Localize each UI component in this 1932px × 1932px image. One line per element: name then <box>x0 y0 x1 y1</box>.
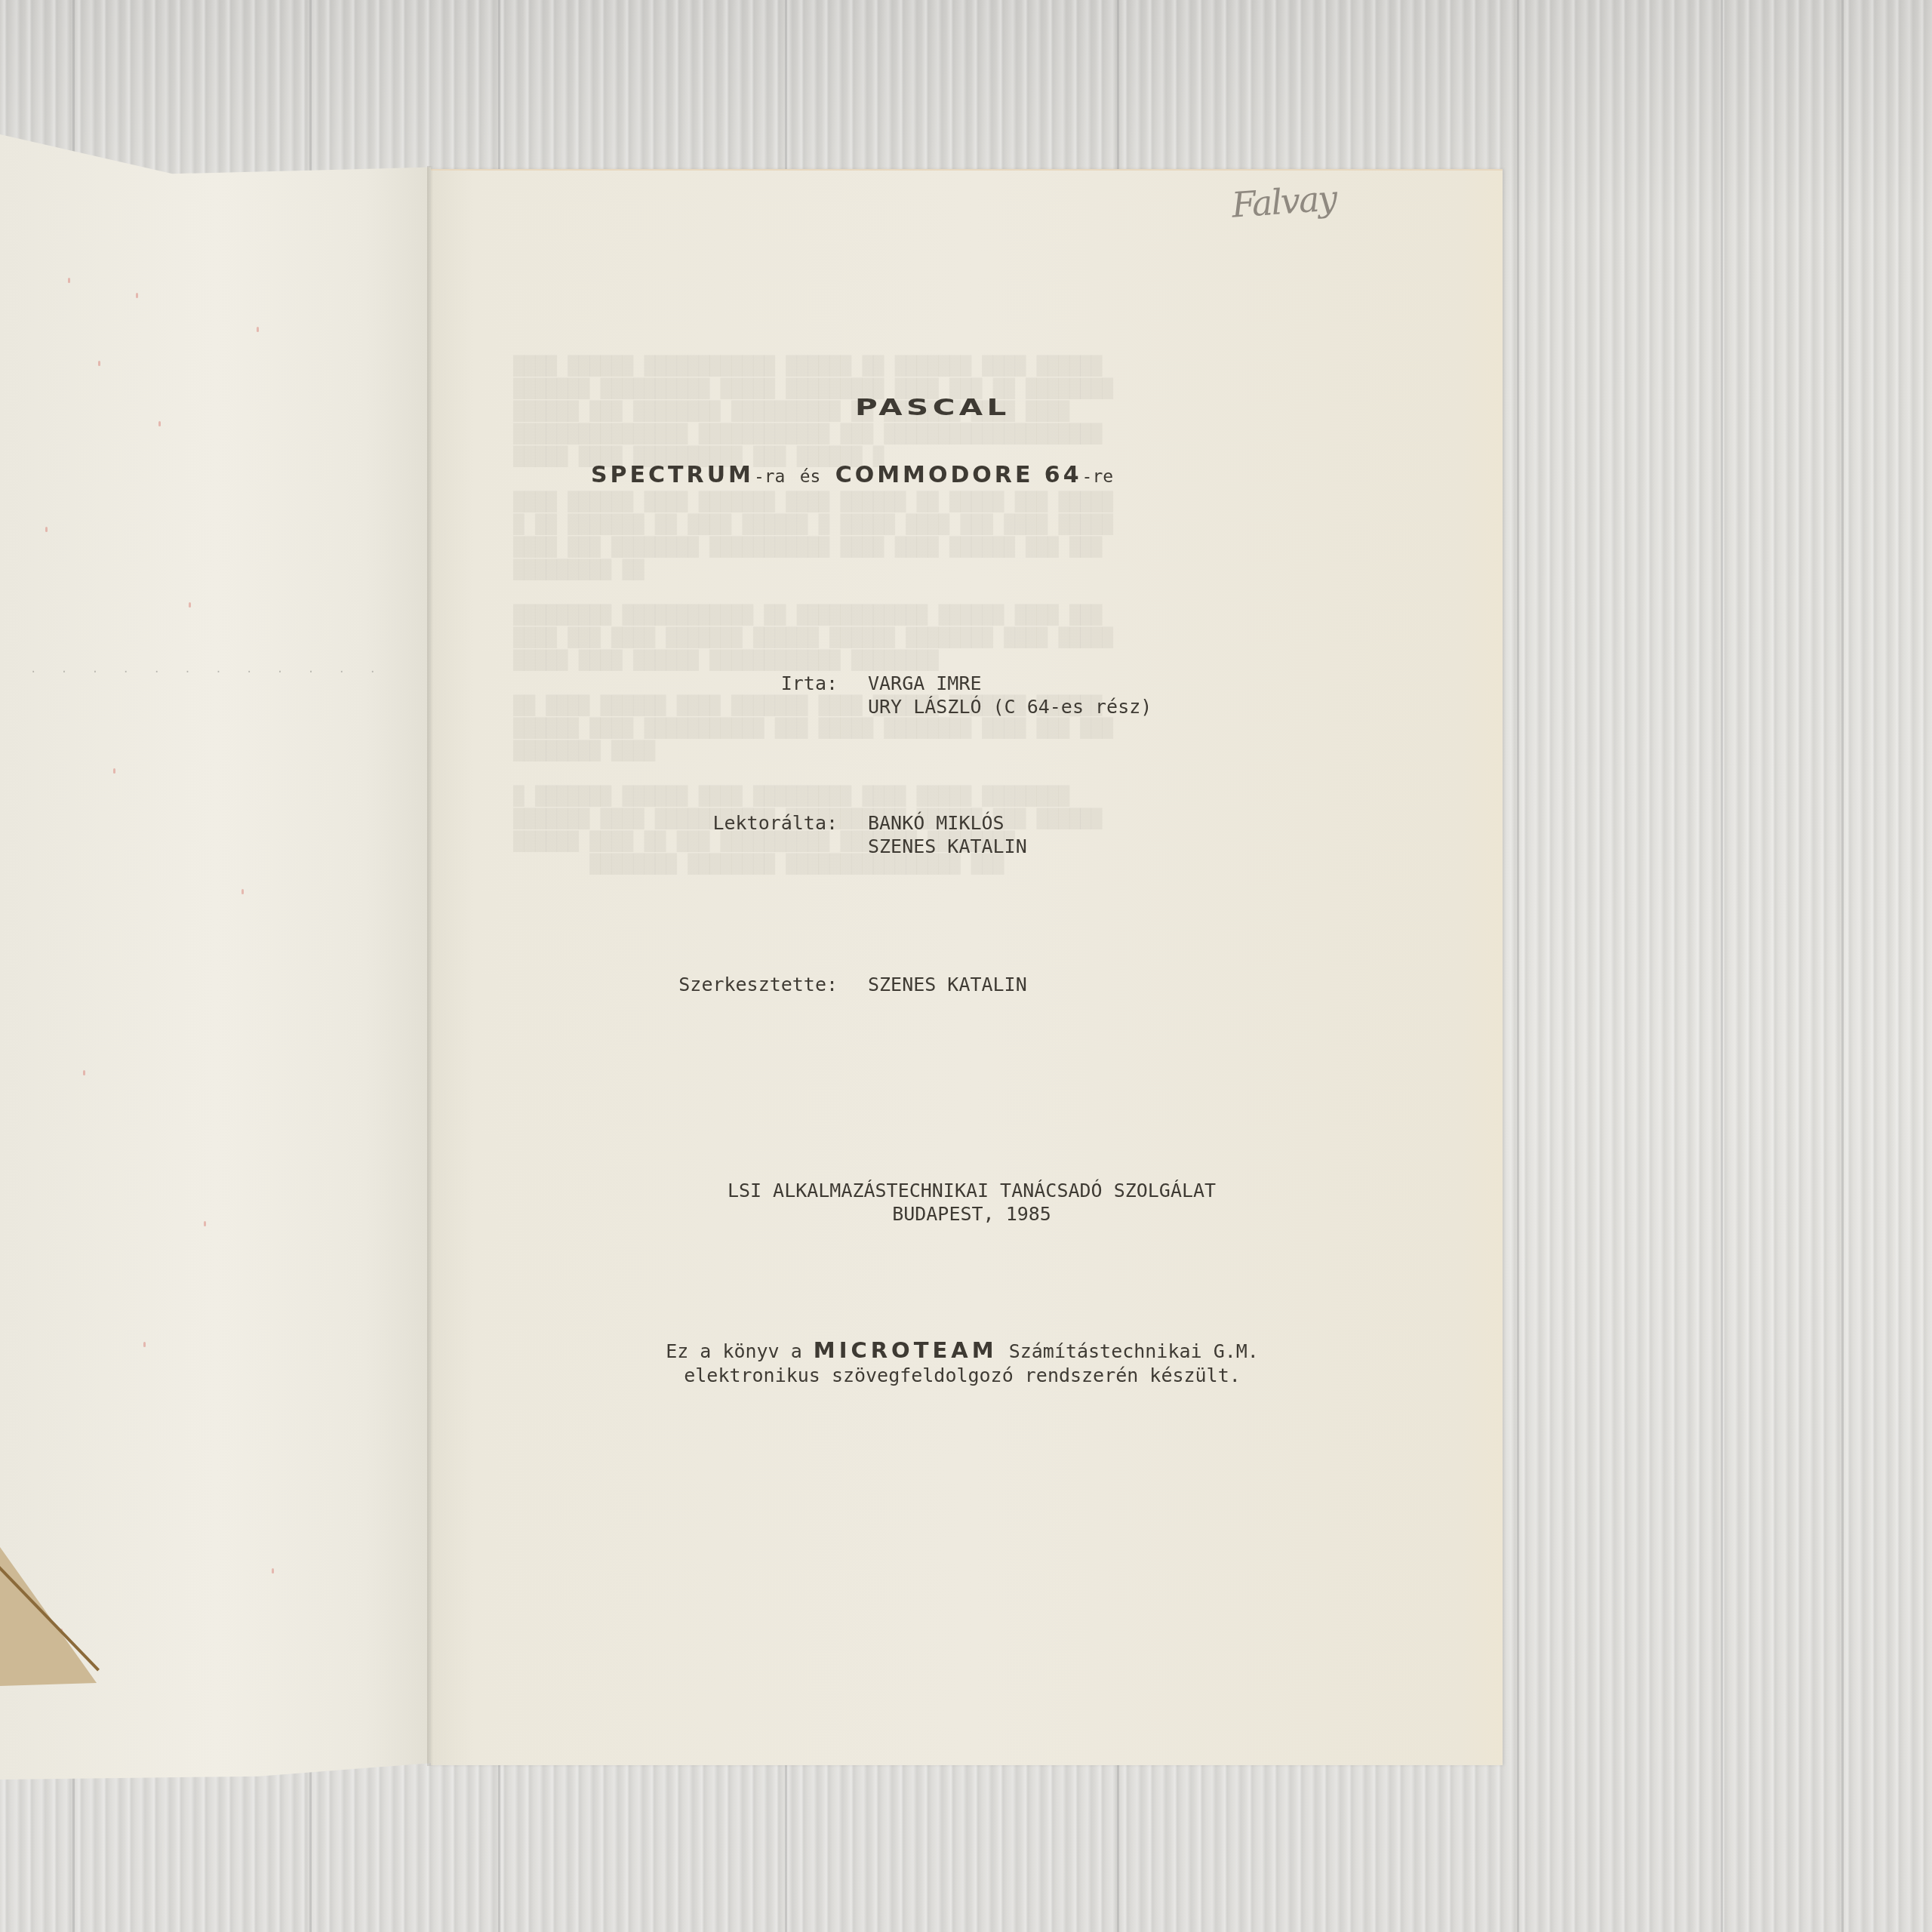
foxing-spot <box>98 361 100 366</box>
foxing-spot <box>45 527 48 532</box>
wood-plank-seam <box>1721 0 1723 1932</box>
foxing-spot <box>241 889 244 894</box>
foxing-spot <box>143 1342 146 1347</box>
left-page: · · · · · · · · · · · · <box>0 134 431 1780</box>
publisher-name: LSI ALKALMAZÁSTECHNIKAI TANÁCSADÓ SZOLGÁ… <box>604 1179 1340 1202</box>
credit-label-editor: Szerkesztette: <box>641 973 868 996</box>
reviewer-name: SZENES KATALIN <box>868 835 1027 858</box>
publisher-place-year: BUDAPEST, 1985 <box>604 1202 1340 1226</box>
subtitle-spectrum: SPECTRUM <box>591 462 754 488</box>
publisher-block: LSI ALKALMAZÁSTECHNIKAI TANÁCSADÓ SZOLGÁ… <box>604 1179 1340 1226</box>
foxing-spot <box>136 293 138 298</box>
reviewer-name: BANKÓ MIKLÓS <box>868 811 1027 835</box>
foxing-spot <box>272 1568 274 1574</box>
foxing-spot <box>113 768 115 774</box>
foxing-spot <box>68 278 70 283</box>
colophon-brand: MICROTEAM <box>814 1337 998 1363</box>
credits-reviewers: Lektorálta: BANKÓ MIKLÓS SZENES KATALIN <box>641 811 1321 858</box>
subtitle-commodore: COMMODORE 64 <box>835 462 1082 488</box>
book-subtitle: SPECTRUM-ra és COMMODORE 64-re <box>591 462 1113 488</box>
credit-label-reviewers: Lektorálta: <box>641 811 868 858</box>
wood-plank-seam <box>1517 0 1519 1932</box>
colophon: Ez a könyv a MICROTEAM Számítástechnikai… <box>581 1338 1343 1388</box>
book-spine <box>427 166 433 1766</box>
foxing-spot <box>257 327 259 332</box>
credit-label-authors: Irta: <box>641 672 868 718</box>
book-title: PASCAL <box>855 395 1011 421</box>
author-name: VARGA IMRE <box>868 672 1152 695</box>
credits-authors: Irta: VARGA IMRE URY LÁSZLÓ (C 64-es rés… <box>641 672 1321 718</box>
credits-editor: Szerkesztette: SZENES KATALIN <box>641 973 1321 996</box>
colophon-line2: elektronikus szövegfeldolgozó rendszerén… <box>581 1364 1343 1388</box>
foxing-spot <box>204 1221 206 1226</box>
author-name: URY LÁSZLÓ (C 64-es rész) <box>868 695 1152 718</box>
colophon-prefix: Ez a könyv a <box>666 1340 802 1362</box>
handwritten-signature: Falvay <box>1230 177 1337 226</box>
faint-bleed-mark: · · · · · · · · · · · · <box>30 666 385 678</box>
colophon-suffix: Számítástechnikai G.M. <box>1009 1340 1259 1362</box>
subtitle-suffix-re: -re <box>1082 467 1114 487</box>
subtitle-conjunction: és <box>800 467 821 487</box>
foxing-spot <box>83 1070 85 1075</box>
foxing-spot <box>189 602 191 608</box>
foxing-spot <box>158 421 161 426</box>
editor-name: SZENES KATALIN <box>868 973 1027 996</box>
subtitle-suffix-ra: -ra <box>754 467 786 487</box>
wood-plank-seam <box>1841 0 1844 1932</box>
